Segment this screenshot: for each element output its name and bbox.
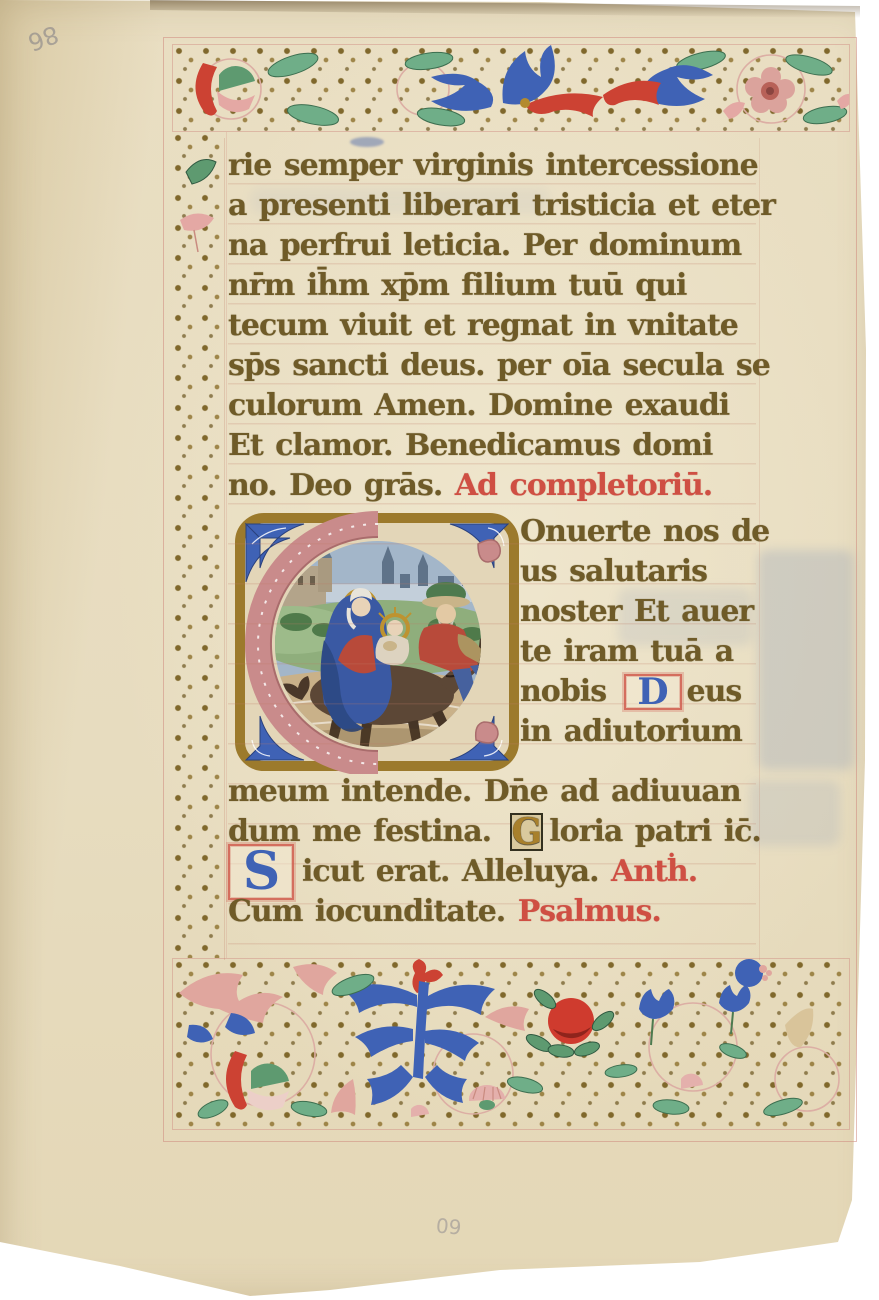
gothic-text-segment: a presenti liberari tristicia et eter xyxy=(228,186,775,226)
text-line: Cum iocunditate. Psalmus. xyxy=(228,892,756,932)
text-line: no. Deo grās. Ad completoriū. xyxy=(228,466,756,506)
text-line: sp̄s sancti deus. per oīa secula se xyxy=(228,346,756,386)
rubric-ad-completorium: Ad completoriū. xyxy=(455,466,713,506)
left-border-flourish xyxy=(172,132,226,958)
gothic-text-segment: loria patri ic̄. xyxy=(549,812,761,852)
gothic-text-segment: eus xyxy=(687,672,742,712)
text-line: te iram tuā a xyxy=(520,632,756,672)
showthrough-patch xyxy=(750,780,840,846)
text-line: in adiutorium xyxy=(520,712,756,752)
gothic-text-segment: us salutaris xyxy=(520,552,707,592)
showthrough-patch xyxy=(758,550,854,770)
gothic-text-segment: icut erat. Alleluya. xyxy=(302,852,611,892)
text-line: Et clamor. Benedicamus domi xyxy=(228,426,756,466)
bottom-border-flourish xyxy=(173,959,849,1129)
border-strip-left xyxy=(172,132,227,958)
text-lines-upper: rie semper virginis intercessionea prese… xyxy=(228,146,756,506)
top-border-flourish xyxy=(173,45,849,131)
text-line: nobis Deus xyxy=(520,672,756,712)
gothic-text-segment: te iram tuā a xyxy=(520,632,733,672)
text-line: meum intende. Dn̄e ad adiuuan xyxy=(228,772,756,812)
text-line: nr̄m ih̄m xp̄m filium tuū qui xyxy=(228,266,756,306)
gothic-text-segment: Et clamor. Benedicamus domi xyxy=(228,426,712,466)
gothic-text-segment: rie semper virginis intercessione xyxy=(228,146,758,186)
gothic-text-segment: in adiutorium xyxy=(520,712,742,752)
initial-d: D xyxy=(624,674,682,710)
gothic-text-segment: sp̄s sancti deus. per oīa secula se xyxy=(228,346,770,386)
text-line: noster Et auer xyxy=(520,592,756,632)
text-line: Onuerte nos de xyxy=(520,512,756,552)
gothic-text-segment: Onuerte nos de xyxy=(520,512,769,552)
rubric-psalmus: Psalmus. xyxy=(518,892,661,932)
text-line: dum me festina. Gloria patri ic̄. xyxy=(228,812,756,852)
text-line: us salutaris xyxy=(520,552,756,592)
manuscript-photo: 86 60 xyxy=(0,0,879,1300)
gothic-text-segment: nobis xyxy=(520,672,619,712)
text-line: na perfrui leticia. Per dominum xyxy=(228,226,756,266)
gothic-text-segment: Cum iocunditate. xyxy=(228,892,518,932)
text-lines-lower: meum intende. Dn̄e ad adiuuandum me fest… xyxy=(228,772,756,932)
text-line: culorum Amen. Domine exaudi xyxy=(228,386,756,426)
gothic-text-segment: no. Deo grās. xyxy=(228,466,455,506)
border-band-top xyxy=(172,44,850,132)
text-lines-beside-initial: Onuerte nos deus salutarisnoster Et auer… xyxy=(520,512,756,752)
text-line: rie semper virginis intercessione xyxy=(228,146,756,186)
initial-g: G xyxy=(510,813,544,851)
pencil-foliation-bottom: 60 xyxy=(435,1213,462,1239)
text-line: a presenti liberari tristicia et eter xyxy=(228,186,756,226)
text-line: tecum viuit et regnat in vnitate xyxy=(228,306,756,346)
text-line: Sicut erat. Alleluya. Antḣ. xyxy=(228,852,756,892)
gothic-text-segment: nr̄m ih̄m xp̄m filium tuū qui xyxy=(228,266,686,306)
text-block: rie semper virginis intercessionea prese… xyxy=(228,146,756,956)
gothic-text-segment: meum intende. Dn̄e ad adiuuan xyxy=(228,772,741,812)
gothic-text-segment: culorum Amen. Domine exaudi xyxy=(228,386,729,426)
gothic-text-segment: na perfrui leticia. Per dominum xyxy=(228,226,741,266)
gothic-text-segment: noster Et auer xyxy=(520,592,753,632)
rubric-antiphon: Antḣ. xyxy=(611,852,697,892)
border-band-bottom xyxy=(172,958,850,1130)
gothic-text-segment: tecum viuit et regnat in vnitate xyxy=(228,306,738,346)
